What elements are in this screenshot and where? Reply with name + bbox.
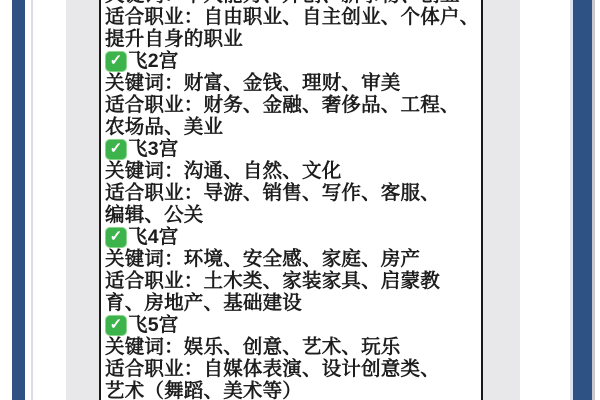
right-accent-bar	[573, 0, 592, 400]
palace-label: 飞5宫	[128, 314, 178, 336]
palace-heading-fly4: ✓ 飞4宫	[105, 226, 481, 248]
careers-line-wrap: 编辑、公关	[105, 204, 481, 226]
keywords-line: 关键词：财富、金钱、理财、审美	[105, 72, 481, 94]
careers-line: 适合职业：土木类、家装家具、启蒙教	[105, 270, 481, 292]
palace-label: 飞4宫	[128, 226, 178, 248]
careers-line: 适合职业：自由职业、自主创业、个体户、	[105, 6, 481, 28]
article-text: 关键词：个人能力、开创、新事物、创业 适合职业：自由职业、自主创业、个体户、 提…	[105, 0, 481, 400]
careers-line-wrap: 农场品、美业	[105, 116, 481, 138]
careers-line: 适合职业：自媒体表演、设计创意类、	[105, 358, 481, 380]
careers-line-wrap: 育、房地产、基础建设	[105, 292, 481, 314]
check-icon: ✓	[105, 315, 127, 336]
palace-heading-fly2: ✓ 飞2宫	[105, 50, 481, 72]
keywords-line: 关键词：娱乐、创意、艺术、玩乐	[105, 336, 481, 358]
check-icon: ✓	[105, 227, 127, 248]
keywords-line: 关键词：沟通、自然、文化	[105, 160, 481, 182]
check-icon: ✓	[105, 139, 127, 160]
right-gray-band	[483, 0, 520, 400]
palace-label: 飞2宫	[128, 50, 178, 72]
palace-heading-fly3: ✓ 飞3宫	[105, 138, 481, 160]
left-accent-bar	[12, 0, 25, 400]
careers-line: 适合职业：财务、金融、奢侈品、工程、	[105, 94, 481, 116]
careers-line-wrap: 提升自身的职业	[105, 28, 481, 50]
left-gray-band	[66, 0, 99, 400]
keywords-line: 关键词：环境、安全感、家庭、房产	[105, 248, 481, 270]
content-card: 关键词：个人能力、开创、新事物、创业 适合职业：自由职业、自主创业、个体户、 提…	[99, 0, 483, 400]
check-icon: ✓	[105, 51, 127, 72]
right-divider-line	[592, 0, 595, 400]
palace-heading-fly5: ✓ 飞5宫	[105, 314, 481, 336]
careers-line-wrap: 艺术（舞蹈、美术等）	[105, 380, 481, 400]
left-divider-line	[31, 0, 33, 400]
careers-line: 适合职业：导游、销售、写作、客服、	[105, 182, 481, 204]
palace-label: 飞3宫	[128, 138, 178, 160]
